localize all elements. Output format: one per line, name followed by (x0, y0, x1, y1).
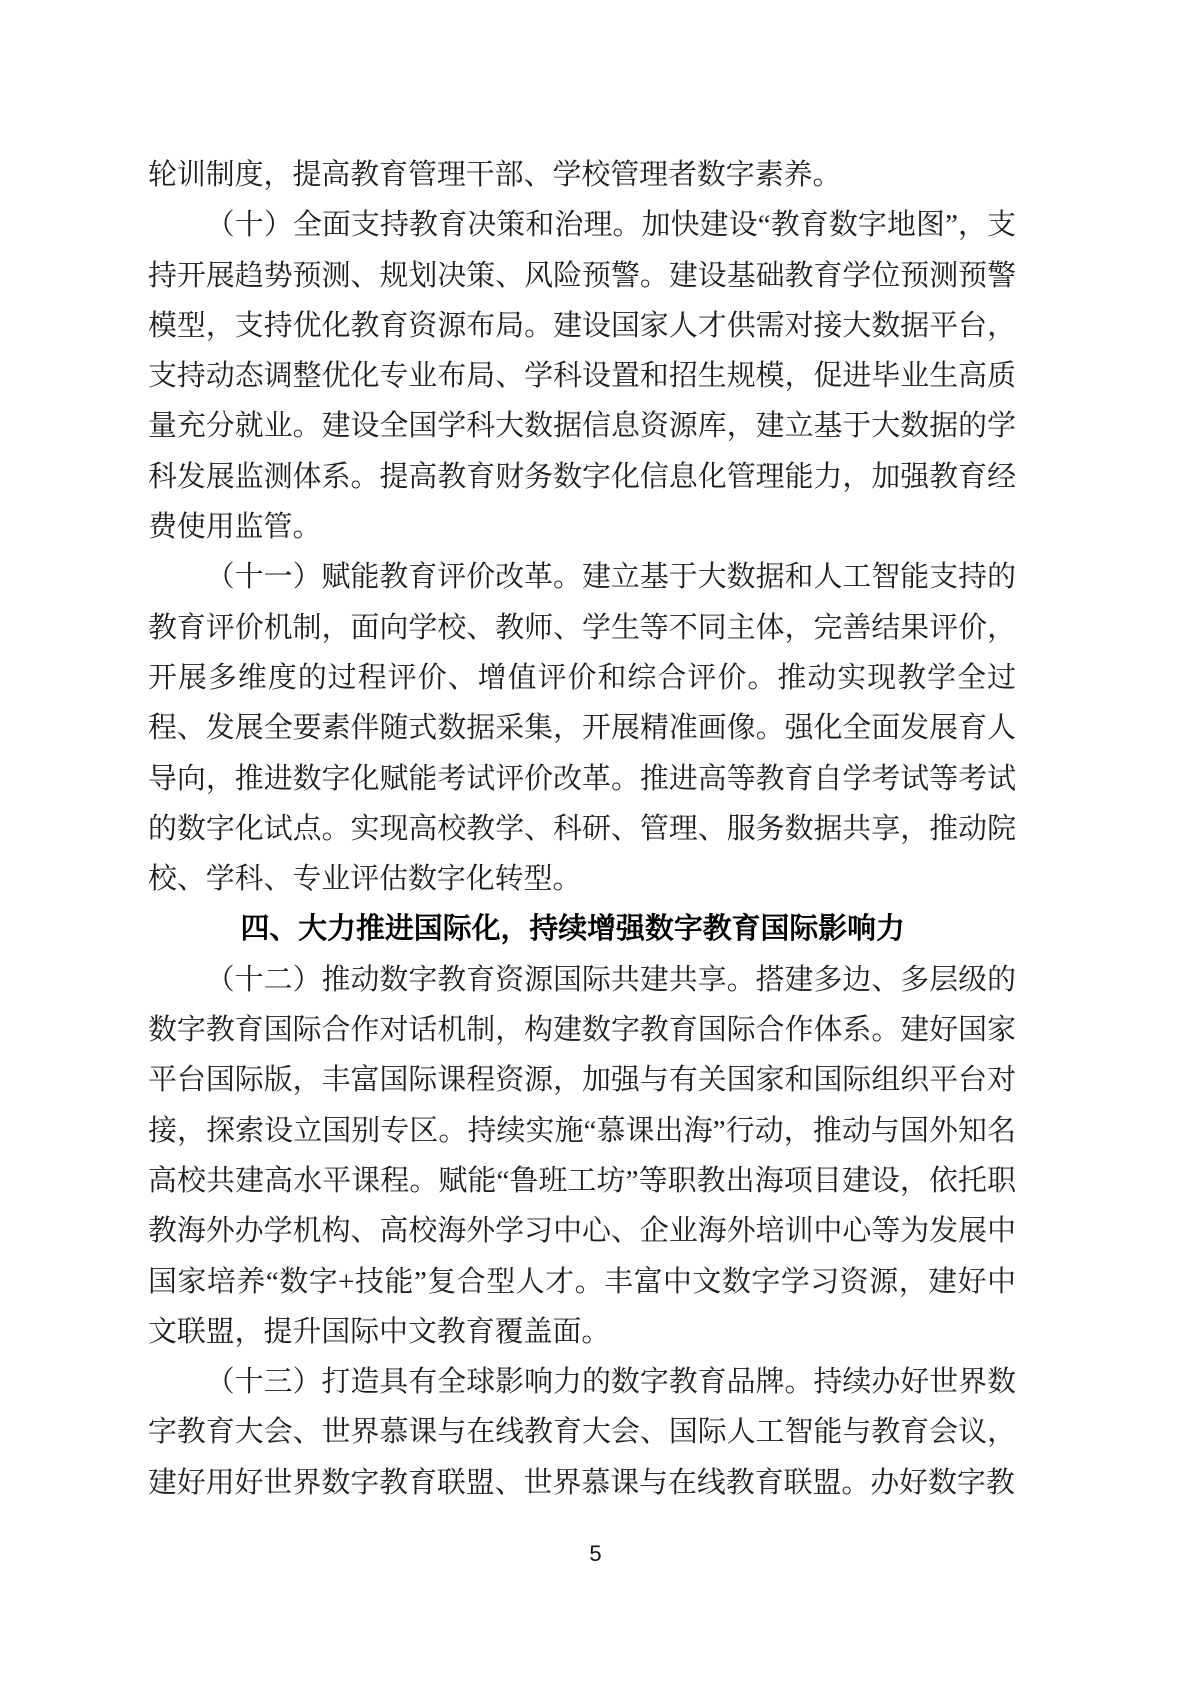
document-body: 轮训制度，提高教育管理干部、学校管理者数字素养。 （十）全面支持教育决策和治理。… (148, 150, 1016, 1508)
document-page: 轮训制度，提高教育管理干部、学校管理者数字素养。 （十）全面支持教育决策和治理。… (0, 0, 1191, 1684)
paragraph-item-11: （十一）赋能教育评价改革。建立基于大数据和人工智能支持的教育评价机制，面向学校、… (148, 552, 1016, 904)
paragraph-item-10: （十）全面支持教育决策和治理。加快建设“教育数字地图”，支持开展趋势预测、规划决… (148, 200, 1016, 552)
section-heading-4: 四、大力推进国际化，持续增强数字教育国际影响力 (148, 904, 1016, 954)
page-number: 5 (0, 1541, 1191, 1567)
paragraph-item-12: （十二）推动数字教育资源国际共建共享。搭建多边、多层级的数字教育国际合作对话机制… (148, 955, 1016, 1357)
paragraph-continuation: 轮训制度，提高教育管理干部、学校管理者数字素养。 (148, 150, 1016, 200)
paragraph-item-13: （十三）打造具有全球影响力的数字教育品牌。持续办好世界数字教育大会、世界慕课与在… (148, 1357, 1016, 1508)
